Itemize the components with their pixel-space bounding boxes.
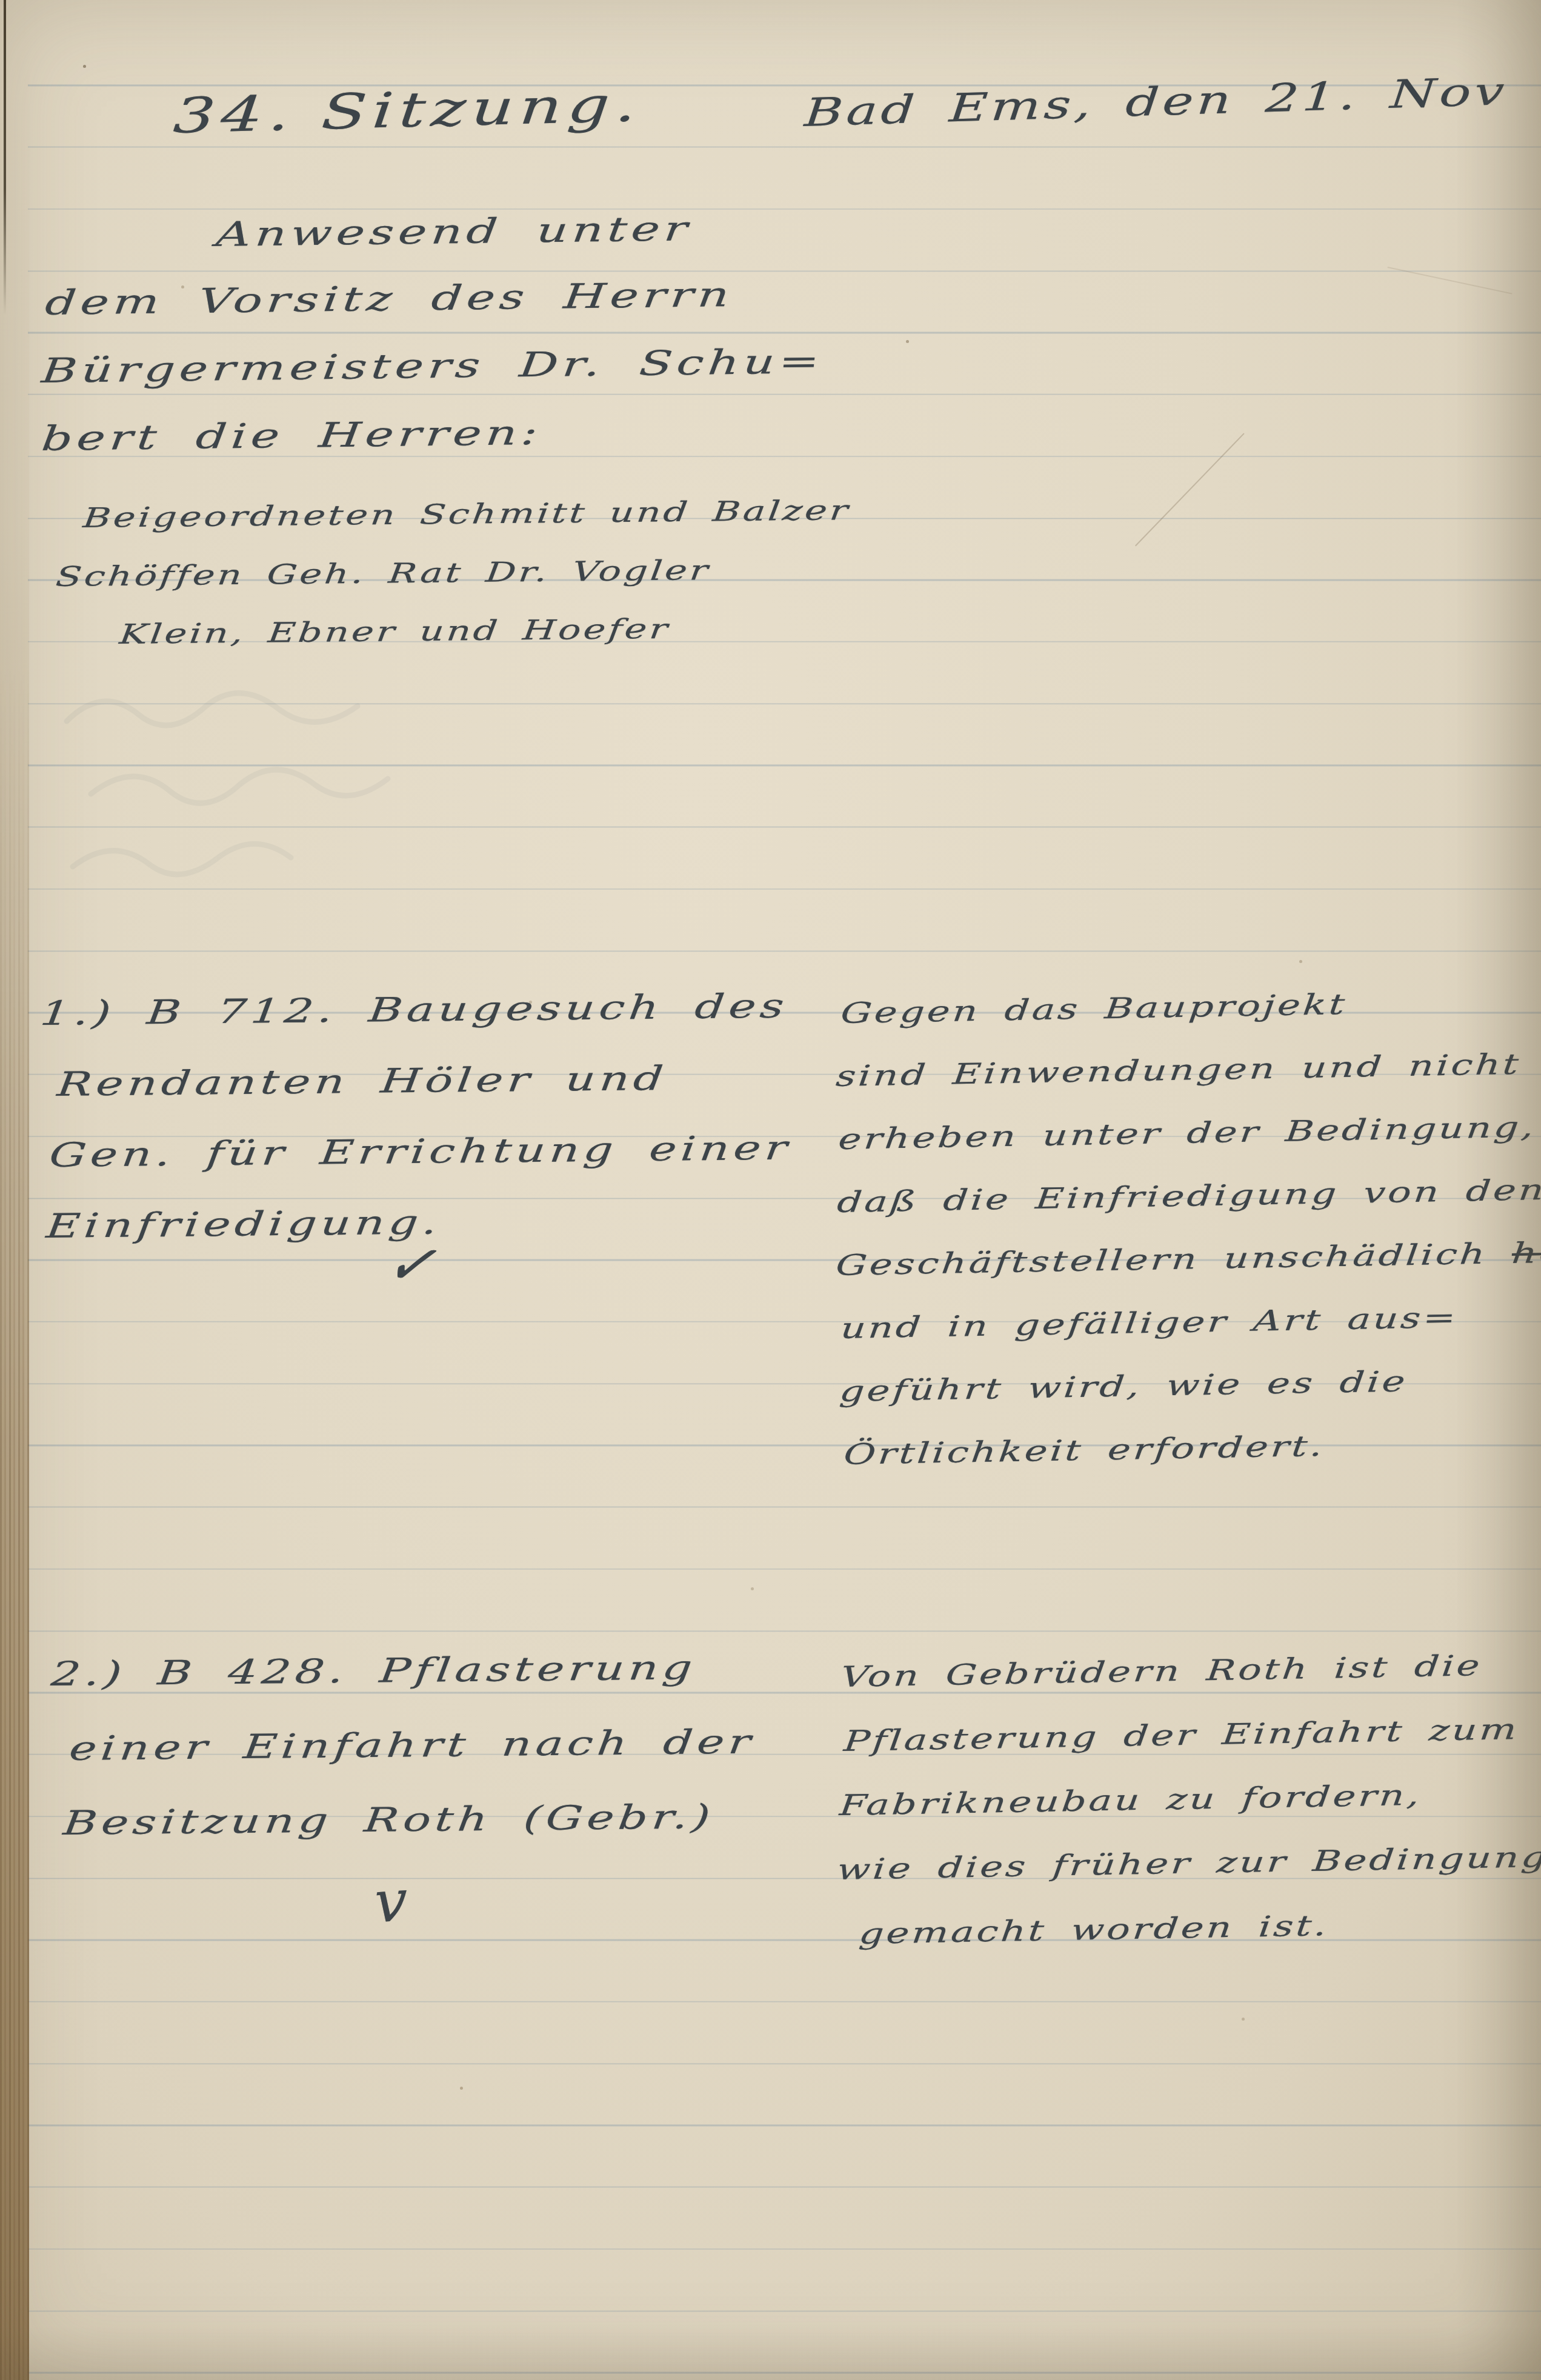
agenda-item-2-line: 2.) B 428. Pflasterung xyxy=(49,1648,698,1693)
gutter-line xyxy=(4,0,6,315)
attendee-line: Schöffen Geh. Rat Dr. Vogler xyxy=(55,554,712,593)
paper-specks xyxy=(0,0,2,2)
agenda-item-1-line: 1.) B 712. Baugesuch des xyxy=(38,987,790,1033)
agenda-item-1-line: Rendanten Höler und xyxy=(55,1059,669,1104)
ledger-page: 34. Sitzung. Bad Ems, den 21. Nov 1916. … xyxy=(0,0,1541,2380)
page-edge-shadow-right xyxy=(1456,0,1541,2380)
agenda-item-2-line: Besitzung Roth (Gebr.) xyxy=(61,1797,716,1842)
agenda-item-1-line: Gen. für Errichtung einer xyxy=(47,1128,793,1175)
attendee-line: Klein, Ebner und Hoefer xyxy=(118,613,672,650)
agenda-item-1-line: Einfriedigung. xyxy=(44,1202,443,1245)
binding-edge-streaks xyxy=(0,0,29,2380)
agenda-item-2-v-mark: v xyxy=(374,1867,407,1936)
attendance-line: Anwesend unter xyxy=(215,209,694,255)
attendance-line: bert die Herren: xyxy=(40,413,544,459)
agenda-item-2-line: einer Einfahrt nach der xyxy=(67,1722,756,1768)
page-edge-shadow-bottom xyxy=(0,2325,1541,2380)
